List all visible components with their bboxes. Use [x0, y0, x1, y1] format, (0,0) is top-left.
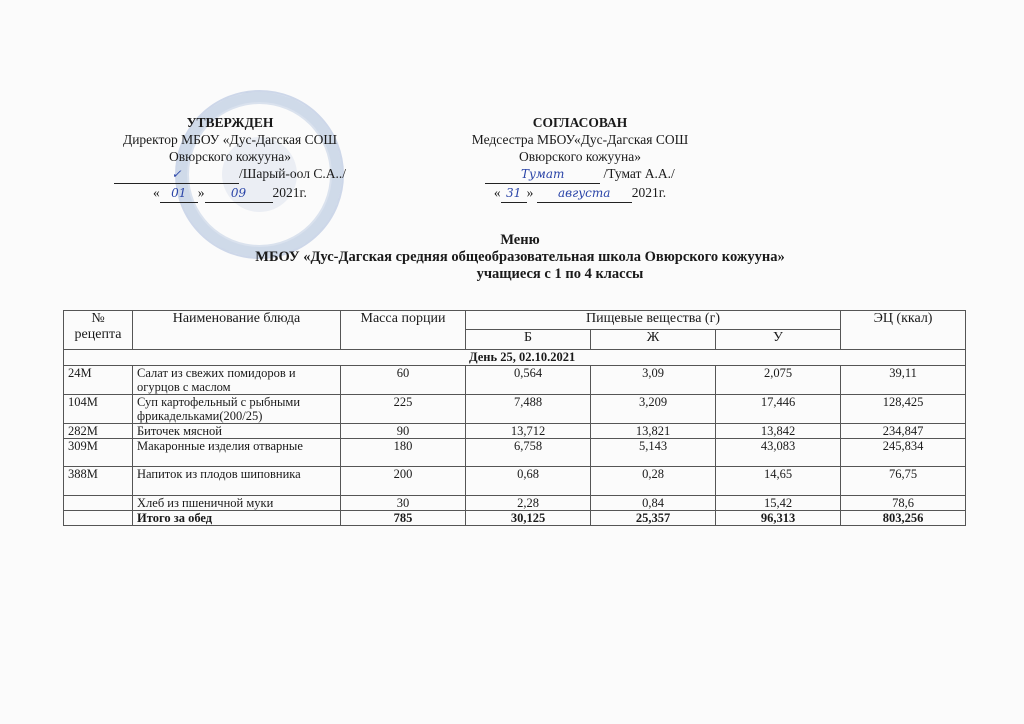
agreed-signer: /Тумат А.А./ — [604, 166, 675, 181]
approved-block: УТВЕРЖДЕН Директор МБОУ «Дус-Дагская СОШ… — [100, 114, 360, 203]
cell-carbs: 17,446 — [716, 395, 841, 424]
agreed-date: «31» августа2021г. — [440, 184, 720, 203]
cell-portion-mass: 225 — [341, 395, 466, 424]
approved-date: «01»092021г. — [100, 184, 360, 203]
table-row: 388МНапиток из плодов шиповника2000,680,… — [64, 467, 966, 496]
header-carbs: У — [716, 330, 841, 350]
menu-title: Меню МБОУ «Дус-Дагская средняя общеобраз… — [150, 232, 890, 283]
cell-energy: 234,847 — [841, 424, 966, 439]
cell-dish-name: Напиток из плодов шиповника — [133, 467, 341, 496]
cell-energy: 78,6 — [841, 496, 966, 511]
agreed-signature-line: Тумат /Тумат А.А./ — [440, 165, 720, 184]
total-protein: 30,125 — [466, 511, 591, 526]
cell-carbs: 13,842 — [716, 424, 841, 439]
title-grades: учащиеся с 1 по 4 классы — [150, 266, 890, 283]
cell-protein: 7,488 — [466, 395, 591, 424]
cell-recipe-number: 388М — [64, 467, 133, 496]
cell-protein: 6,758 — [466, 439, 591, 467]
cell-dish-name: Хлеб из пшеничной муки — [133, 496, 341, 511]
header-dish-name: Наименование блюда — [133, 311, 341, 350]
header-portion-mass: Масса порции — [341, 311, 466, 350]
cell-portion-mass: 180 — [341, 439, 466, 467]
cell-fat: 0,28 — [591, 467, 716, 496]
cell-protein: 13,712 — [466, 424, 591, 439]
total-dish-name: Итого за обед — [133, 511, 341, 526]
agreed-organization: Овюрского кожууна» — [440, 148, 720, 165]
cell-energy: 128,425 — [841, 395, 966, 424]
header-fat: Ж — [591, 330, 716, 350]
cell-protein: 0,68 — [466, 467, 591, 496]
cell-carbs: 2,075 — [716, 366, 841, 395]
header-recipe-number: № рецепта — [64, 311, 133, 350]
total-fat: 25,357 — [591, 511, 716, 526]
title-school: МБОУ «Дус-Дагская средняя общеобразовате… — [150, 249, 890, 266]
approved-position: Директор МБОУ «Дус-Дагская СОШ — [100, 131, 360, 148]
menu-table: № рецепта Наименование блюда Масса порци… — [63, 310, 966, 526]
total-recipe-number — [64, 511, 133, 526]
approved-organization: Овюрского кожууна» — [100, 148, 360, 165]
header-protein: Б — [466, 330, 591, 350]
total-portion-mass: 785 — [341, 511, 466, 526]
header-nutrients: Пищевые вещества (г) — [466, 311, 841, 330]
cell-portion-mass: 90 — [341, 424, 466, 439]
total-energy: 803,256 — [841, 511, 966, 526]
total-row: Итого за обед78530,12525,35796,313803,25… — [64, 511, 966, 526]
cell-protein: 0,564 — [466, 366, 591, 395]
cell-portion-mass: 30 — [341, 496, 466, 511]
cell-protein: 2,28 — [466, 496, 591, 511]
agreed-heading: СОГЛАСОВАН — [440, 114, 720, 131]
day-label: День 25, 02.10.2021 — [64, 350, 966, 366]
agreed-position: Медсестра МБОУ«Дус-Дагская СОШ — [440, 131, 720, 148]
cell-recipe-number: 309М — [64, 439, 133, 467]
cell-energy: 245,834 — [841, 439, 966, 467]
table-row: 282МБиточек мясной9013,71213,82113,84223… — [64, 424, 966, 439]
title-menu: Меню — [150, 232, 890, 249]
cell-energy: 39,11 — [841, 366, 966, 395]
cell-carbs: 15,42 — [716, 496, 841, 511]
cell-carbs: 43,083 — [716, 439, 841, 467]
agreed-block: СОГЛАСОВАН Медсестра МБОУ«Дус-Дагская СО… — [440, 114, 720, 203]
table-row: 104МСуп картофельный с рыбными фрикадель… — [64, 395, 966, 424]
cell-fat: 3,09 — [591, 366, 716, 395]
cell-dish-name: Салат из свежих помидоров и огурцов с ма… — [133, 366, 341, 395]
signature-mark: ✓ — [171, 167, 181, 181]
cell-dish-name: Биточек мясной — [133, 424, 341, 439]
approved-signature-line: ✓/Шарый-оол С.А../ — [100, 165, 360, 184]
cell-fat: 0,84 — [591, 496, 716, 511]
table-row: 309ММакаронные изделия отварные1806,7585… — [64, 439, 966, 467]
header-energy: ЭЦ (ккал) — [841, 311, 966, 350]
cell-dish-name: Суп картофельный с рыбными фрикадельками… — [133, 395, 341, 424]
cell-energy: 76,75 — [841, 467, 966, 496]
cell-carbs: 14,65 — [716, 467, 841, 496]
cell-fat: 5,143 — [591, 439, 716, 467]
table-row: Хлеб из пшеничной муки302,280,8415,4278,… — [64, 496, 966, 511]
cell-recipe-number: 282М — [64, 424, 133, 439]
cell-recipe-number: 104М — [64, 395, 133, 424]
table-row: 24МСалат из свежих помидоров и огурцов с… — [64, 366, 966, 395]
approved-signer: /Шарый-оол С.А../ — [239, 166, 346, 181]
cell-dish-name: Макаронные изделия отварные — [133, 439, 341, 467]
cell-portion-mass: 60 — [341, 366, 466, 395]
cell-fat: 3,209 — [591, 395, 716, 424]
cell-recipe-number: 24М — [64, 366, 133, 395]
total-carbs: 96,313 — [716, 511, 841, 526]
cell-recipe-number — [64, 496, 133, 511]
cell-fat: 13,821 — [591, 424, 716, 439]
approved-heading: УТВЕРЖДЕН — [100, 114, 360, 131]
cell-portion-mass: 200 — [341, 467, 466, 496]
signature-mark: Тумат — [521, 167, 564, 181]
